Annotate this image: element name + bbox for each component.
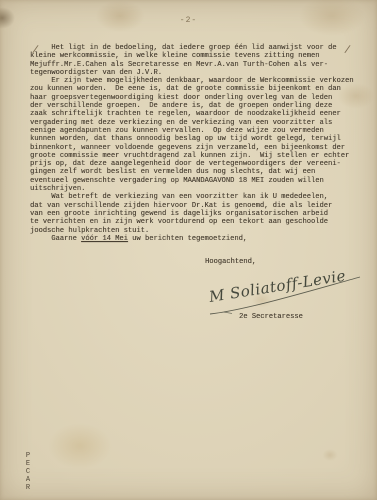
archive-stamp-character: A [26,476,30,484]
letter-line-text: Gaarne [30,235,81,243]
signature-title: 2e Secretaresse [239,313,303,321]
archive-stamp-character: E [26,460,30,468]
archive-stamp-character: P [26,452,30,460]
letter-line: dat van verschillende zijden hiervoor Dr… [30,202,354,210]
letter-line: vergadering met deze verkiezing en de ve… [30,119,354,127]
letter-line: gingen zelf wordt beslist en vermelden d… [30,168,354,176]
letter-line: te verrichten en in zijn werk voortduren… [30,218,354,226]
letter-line: zaak schriftelijk trachten te regelen, w… [30,110,354,118]
letter-body: Het ligt in de bedoeling, dat iedere gro… [30,44,354,243]
letter-page: -2- / / Het ligt in de bedoeling, dat ie… [0,0,377,500]
signature-flourish-tick [224,312,232,314]
letter-line: groote commissie meer vruchtdragend zal … [30,152,354,160]
letter-line: eventueel gewenschte vergadering op MAAN… [30,177,354,185]
archive-stamp: PECAR [22,452,34,492]
letter-line: van een groote inrichting gewend is dage… [30,210,354,218]
letter-line: Wat betreft de verkiezing van een voorzi… [30,193,354,201]
underlined-date: vóór 14 Mei [81,235,128,243]
archive-stamp-character: C [26,468,30,476]
letter-line: kleine werkcommissie, in welke kleine co… [30,52,354,60]
letter-line: zou kunnen worden. De eene is, dat de gr… [30,85,354,93]
closing-salutation: Hoogachtend, [205,258,256,266]
page-number: -2- [0,16,377,25]
letter-line-text: uw berichten tegemoetziend, [128,235,247,243]
letter-line: Gaarne vóór 14 Mei uw berichten tegemoet… [30,235,354,243]
letter-line: kunnen worden, dat thans onnoodig beslag… [30,135,354,143]
archive-stamp-character: R [26,484,30,492]
letter-line: joodsche hulpkrachten stuit. [30,227,354,235]
letter-line: tegenwoordigster van den J.V.R. [30,69,354,77]
letter-line: haar groepsvertegenwoordiging kiest door… [30,94,354,102]
letter-line: Mejuffr.Mr.E.Cahen als Secretaresse en M… [30,61,354,69]
letter-line: binnenkort, wanneer voldoende gegevens z… [30,144,354,152]
